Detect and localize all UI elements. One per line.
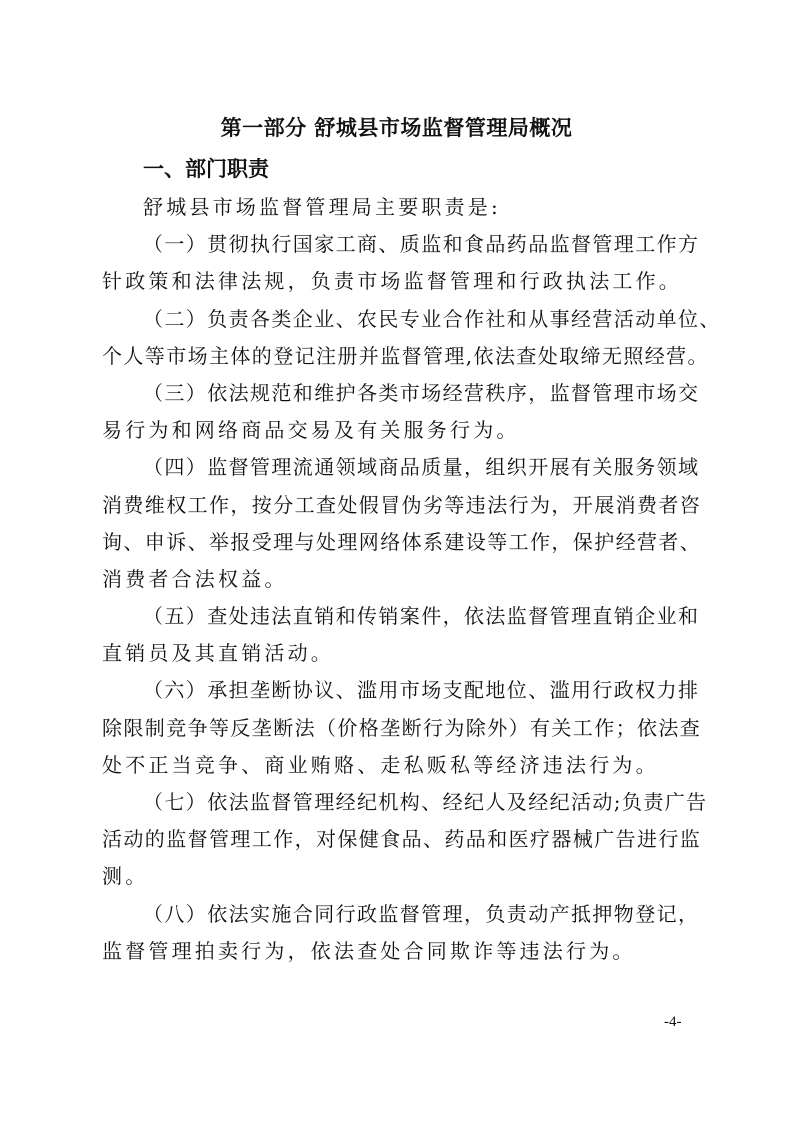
text-line: 活动的监督管理工作，对保健食品、药品和医疗器械广告进行监 [102, 821, 692, 858]
text-line: 监督管理拍卖行为，依法查处合同欺诈等违法行为。 [102, 933, 692, 970]
text-line: （七）依法监督管理经纪机构、经纪人及经纪活动;负责广告 [102, 784, 692, 821]
text-line: （三）依法规范和维护各类市场经营秩序，监督管理市场交 [102, 375, 692, 412]
text-line: （八）依法实施合同行政监督管理，负责动产抵押物登记， [102, 896, 692, 933]
text-line: 针政策和法律法规，负责市场监督管理和行政执法工作。 [102, 263, 692, 300]
text-line: 易行为和网络商品交易及有关服务行为。 [102, 412, 692, 449]
text-line: 消费者合法权益。 [102, 561, 692, 598]
text-line: （五）查处违法直销和传销案件，依法监督管理直销企业和 [102, 598, 692, 635]
text-line: （六）承担垄断协议、滥用市场支配地位、滥用行政权力排 [102, 672, 692, 709]
text-line: 询、申诉、举报受理与处理网络体系建设等工作，保护经营者、 [102, 524, 692, 561]
text-line: （一）贯彻执行国家工商、质监和食品药品监督管理工作方 [102, 226, 692, 263]
text-line: 消费维权工作，按分工查处假冒伪劣等违法行为，开展消费者咨 [102, 487, 692, 524]
document-page: 第一部分 舒城县市场监督管理局概况 一、部门职责 舒城县市场监督管理局主要职责是… [0, 0, 793, 1122]
page-title: 第一部分 舒城县市场监督管理局概况 [0, 112, 793, 142]
text-line: 个人等市场主体的登记注册并监督管理,依法查处取缔无照经营。 [102, 338, 692, 375]
text-line: 舒城县市场监督管理局主要职责是: [102, 189, 692, 226]
page-number: -4- [664, 1014, 682, 1031]
text-line: 除限制竞争等反垄断法（价格垄断行为除外）有关工作；依法查 [102, 710, 692, 747]
text-line: （四）监督管理流通领域商品质量，组织开展有关服务领域 [102, 449, 692, 486]
text-line: （二）负责各类企业、农民专业合作社和从事经营活动单位、 [102, 301, 692, 338]
text-line: 处不正当竞争、商业贿赂、走私贩私等经济违法行为。 [102, 747, 692, 784]
section-heading: 一、部门职责 [143, 153, 269, 183]
text-line: 测。 [102, 858, 692, 895]
body-text: 舒城县市场监督管理局主要职责是: （一）贯彻执行国家工商、质监和食品药品监督管理… [102, 189, 692, 970]
text-line: 直销员及其直销活动。 [102, 635, 692, 672]
